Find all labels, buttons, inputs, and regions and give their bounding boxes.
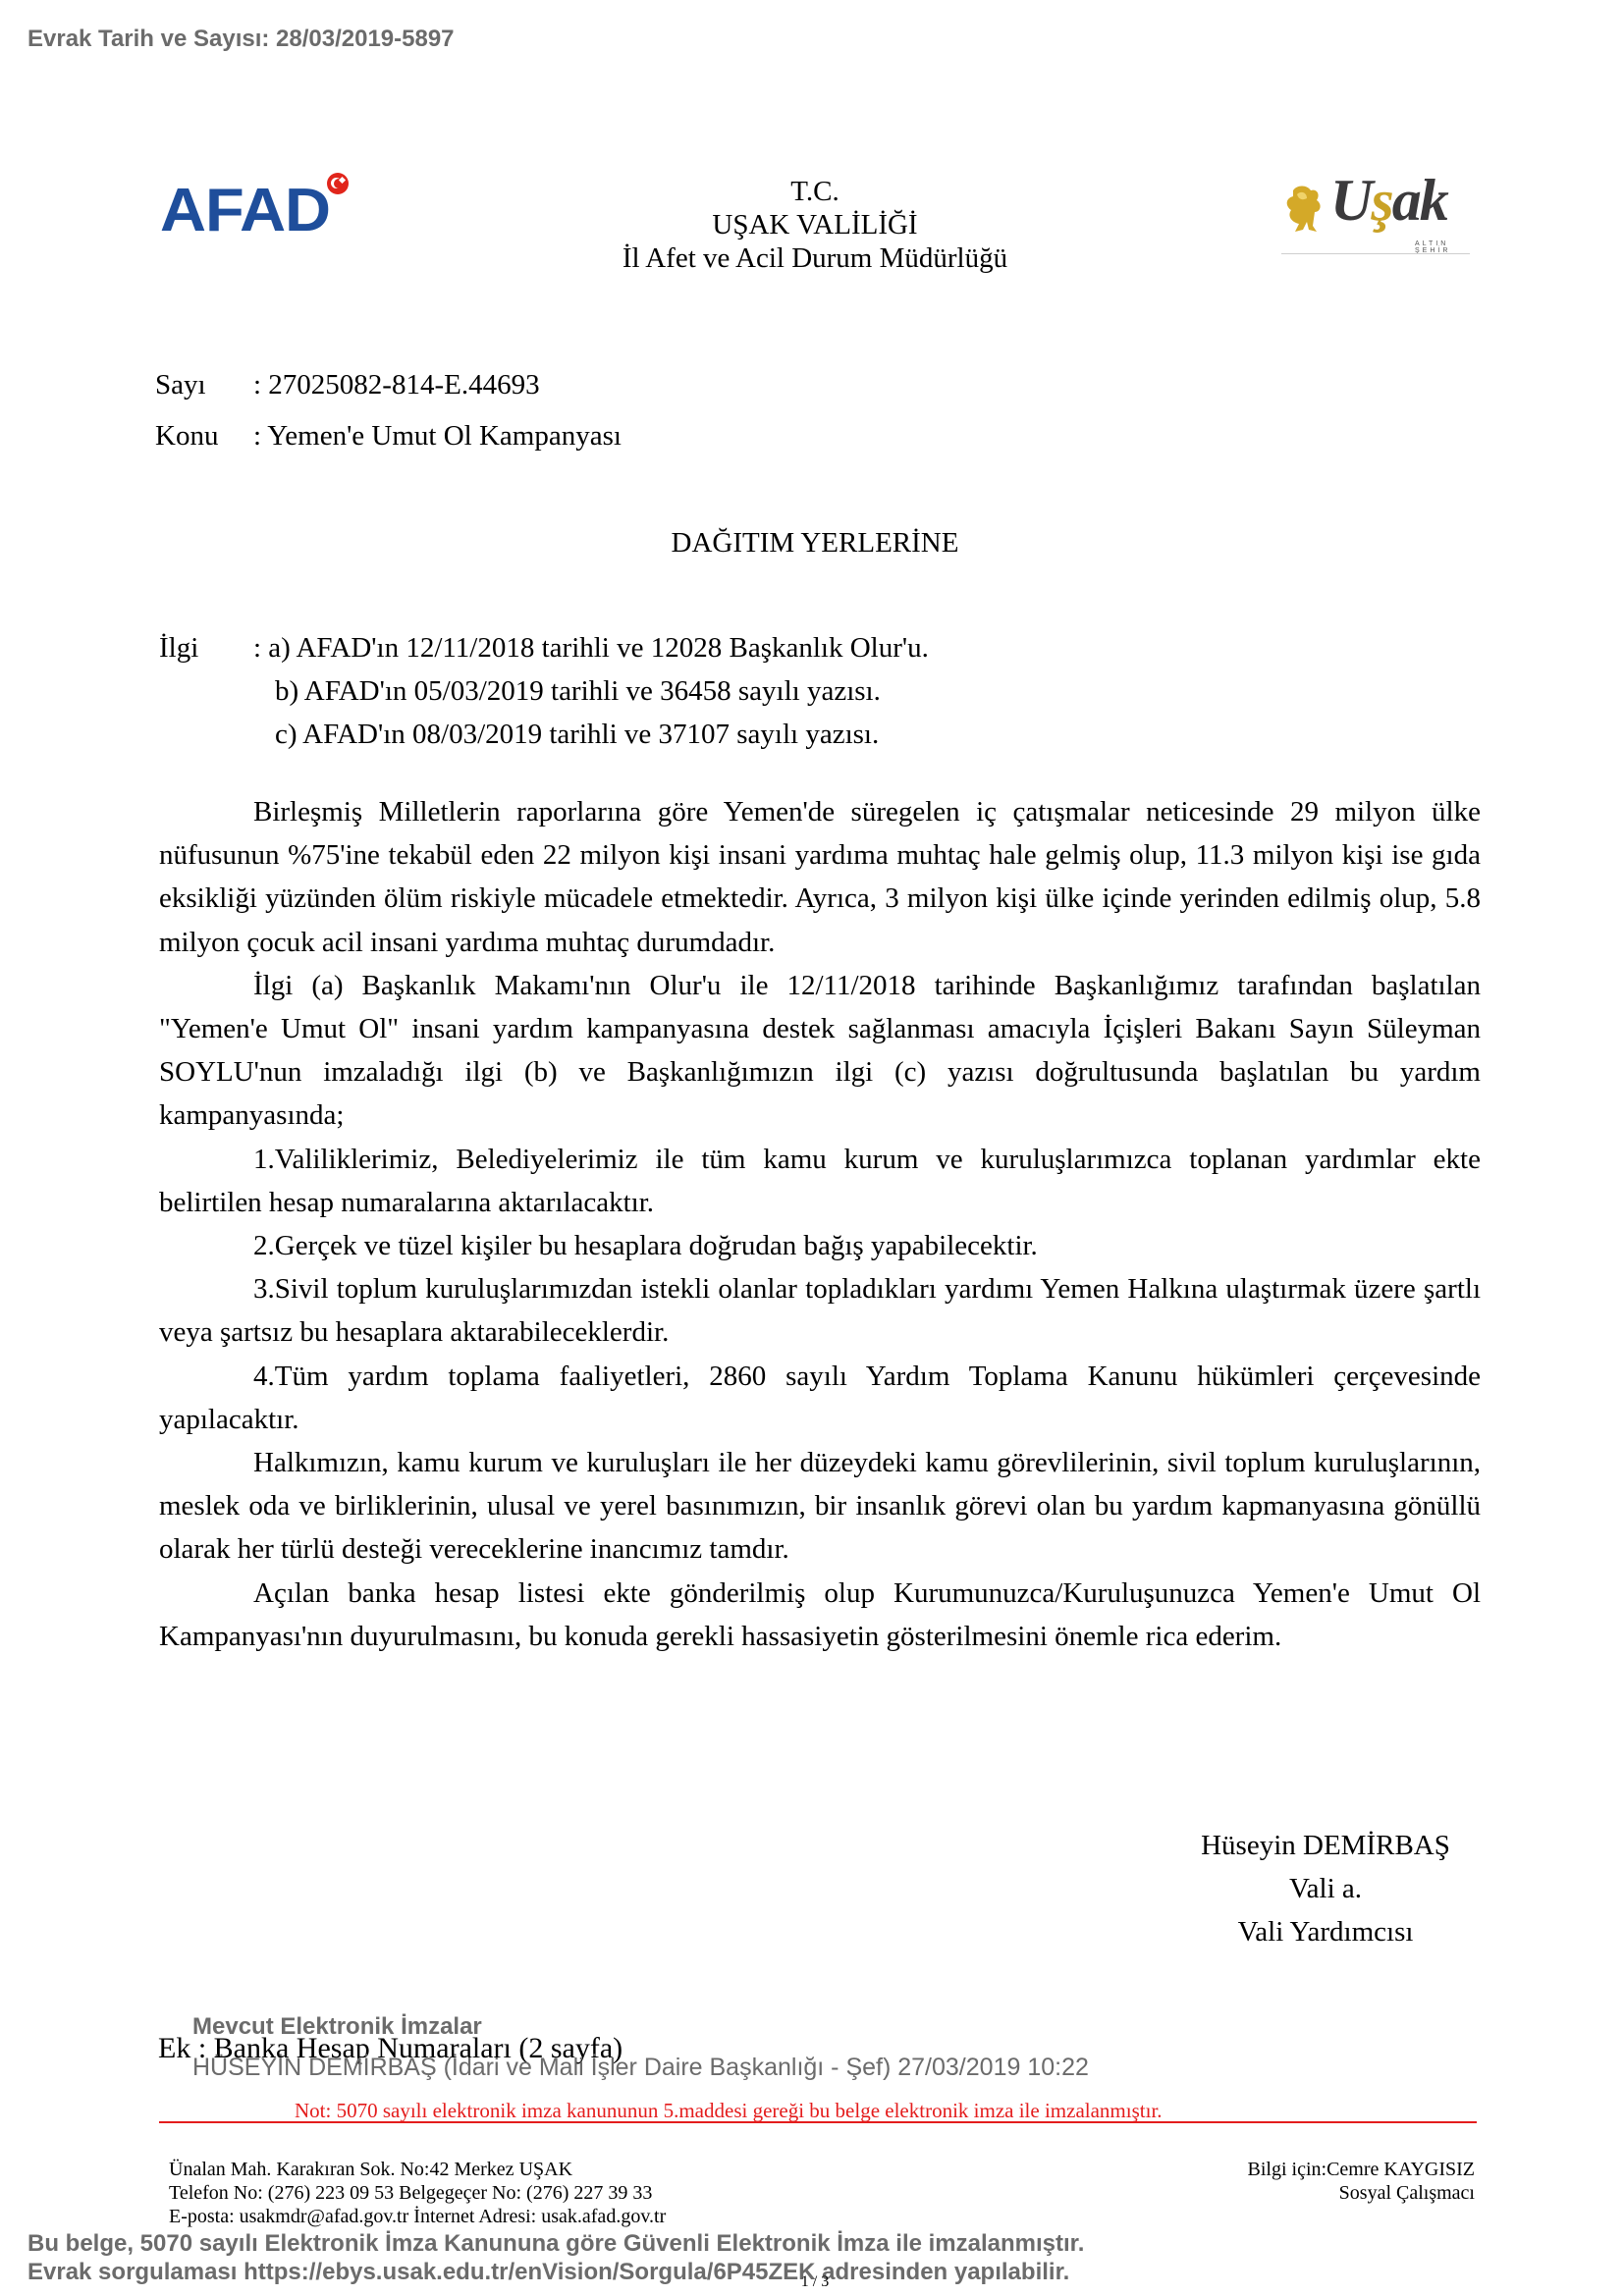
reference-number-row: Sayı: 27025082-814-E.44693: [155, 368, 540, 401]
footer-address: Ünalan Mah. Karakıran Sok. No:42 Merkez …: [169, 2158, 666, 2181]
konu-value: : Yemen'e Umut Ol Kampanyası: [253, 420, 622, 452]
afad-logo-text: AFAD: [160, 181, 330, 241]
body-paragraph: Halkımızın, kamu kurum ve kuruluşları il…: [159, 1441, 1481, 1572]
turkish-flag-icon: [327, 173, 349, 194]
e-signature-note: Not: 5070 sayılı elektronik imza kanunun…: [295, 2099, 1163, 2123]
usak-tagline: ALTIN ŞEHİR: [1415, 240, 1478, 254]
body-list-item: 2.Gerçek ve tüzel kişiler bu hesaplara d…: [159, 1224, 1481, 1267]
footer-contact-person: Bilgi için:Cemre KAYGISIZ Sosyal Çalışma…: [1080, 2158, 1475, 2205]
signature-block: Hüseyin DEMİRBAŞ Vali a. Vali Yardımcısı: [1129, 1824, 1522, 1953]
header-tc: T.C.: [511, 175, 1119, 208]
body-paragraph: Açılan banka hesap listesi ekte gönderil…: [159, 1572, 1481, 1658]
ilgi-item-a: : a) AFAD'ın 12/11/2018 tarihli ve 12028…: [253, 631, 929, 665]
verification-line-2: Evrak sorgulaması https://ebys.usak.edu.…: [27, 2258, 1084, 2286]
signatory-name: Hüseyin DEMİRBAŞ: [1129, 1824, 1522, 1867]
addressee: DAĞITIM YERLERİNE: [511, 527, 1119, 560]
document-date-number-stamp: Evrak Tarih ve Sayısı: 28/03/2019-5897: [27, 26, 455, 53]
golden-figure-icon: [1283, 183, 1328, 234]
ilgi-item-c: c) AFAD'ın 08/03/2019 tarihli ve 37107 s…: [275, 718, 879, 751]
sayi-value: : 27025082-814-E.44693: [253, 369, 540, 400]
logo-underline: [1281, 253, 1470, 254]
usak-logo: Uşak ALTIN ŞEHİR: [1281, 175, 1478, 247]
header-governorship: UŞAK VALİLİĞİ: [511, 208, 1119, 241]
contact-person: Bilgi için:Cemre KAYGISIZ: [1080, 2158, 1475, 2181]
footer-email: E-posta: usakmdr@afad.gov.tr İnternet Ad…: [169, 2205, 666, 2228]
body-list-item: 1.Valiliklerimiz, Belediyelerimiz ile tü…: [159, 1138, 1481, 1224]
body-list-item: 4.Tüm yardım toplama faaliyetleri, 2860 …: [159, 1355, 1481, 1441]
ilgi-label: İlgi: [159, 631, 198, 665]
letter-body: Birleşmiş Milletlerin raporlarına göre Y…: [159, 790, 1481, 1658]
ilgi-item-b: b) AFAD'ın 05/03/2019 tarihli ve 36458 s…: [275, 674, 881, 708]
subject-row: Konu: Yemen'e Umut Ol Kampanyası: [155, 419, 622, 453]
body-paragraph: Birleşmiş Milletlerin raporlarına göre Y…: [159, 790, 1481, 964]
body-list-item: 3.Sivil toplum kuruluşlarımızdan istekli…: [159, 1267, 1481, 1354]
e-signature-entry: HÜSEYİN DEMİRBAŞ (İdari ve Mali İşler Da…: [192, 2054, 1089, 2082]
konu-label: Konu: [155, 419, 253, 453]
body-paragraph: İlgi (a) Başkanlık Makamı'nın Olur'u ile…: [159, 964, 1481, 1138]
footer-divider: [159, 2121, 1477, 2123]
usak-logo-text: Uşak: [1330, 167, 1447, 235]
signatory-on-behalf: Vali a.: [1129, 1867, 1522, 1910]
footer-phone: Telefon No: (276) 223 09 53 Belgegeçer N…: [169, 2181, 666, 2205]
verification-line-1: Bu belge, 5070 sayılı Elektronik İmza Ka…: [27, 2229, 1084, 2258]
signatory-title: Vali Yardımcısı: [1129, 1910, 1522, 1953]
sayi-label: Sayı: [155, 368, 253, 401]
letterhead: T.C. UŞAK VALİLİĞİ İl Afet ve Acil Durum…: [511, 175, 1119, 275]
page-number: 1 / 3: [785, 2273, 844, 2291]
contact-title: Sosyal Çalışmacı: [1080, 2181, 1475, 2205]
afad-logo: AFAD: [160, 169, 356, 245]
verification-stamp: Bu belge, 5070 sayılı Elektronik İmza Ka…: [27, 2229, 1084, 2286]
header-directorate: İl Afet ve Acil Durum Müdürlüğü: [511, 241, 1119, 275]
footer-contact-info: Ünalan Mah. Karakıran Sok. No:42 Merkez …: [169, 2158, 666, 2228]
